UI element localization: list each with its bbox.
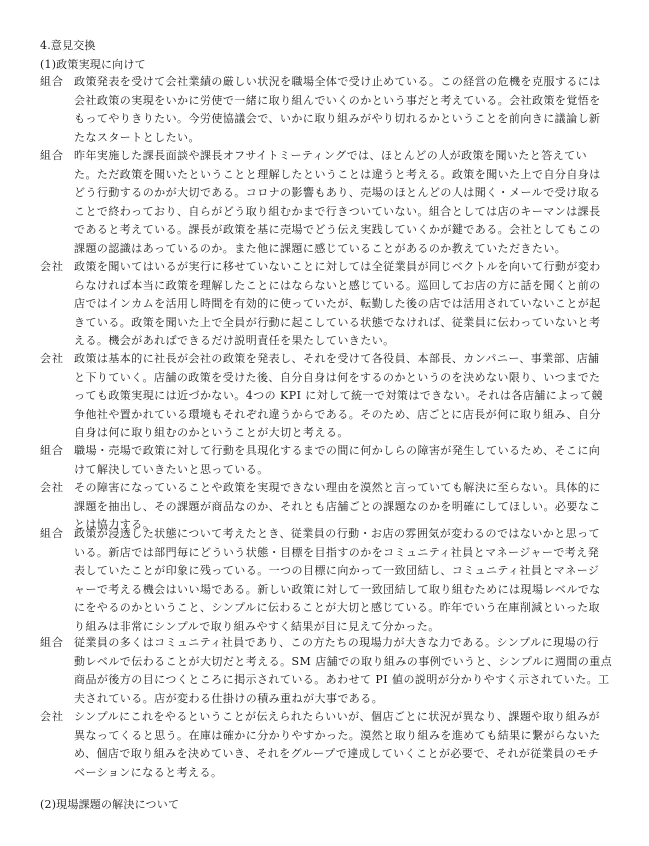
statement-text: 政策発表を受けて会社業績の厳しい状況を職場全体で受け止めている。この経営の危機を… — [74, 73, 614, 147]
speaker-label: 会社 — [40, 708, 74, 727]
statement-line: どう行動するのかが大切である。コロナの影響もあり、売場のほとんどの人は聞く・メー… — [74, 184, 614, 203]
statement-line: 政策は基本的に社長が会社の政策を発表し、それを受けて各役員、本部長、カンパニー、… — [74, 350, 614, 369]
statement-line: 政策が浸透した状態について考えたとき、従業員の行動・お店の雰囲気が変わるのではな… — [74, 525, 614, 544]
document-page: 4.意見交換 (1)政策実現に向けて 組合 政策発表を受けて会社業績の厳しい状況… — [0, 0, 649, 846]
statement-line: シンプルにこれをやるということが伝えられたらいいが、個店ごとに状況が異なり、課題… — [74, 708, 614, 727]
statement-line: 異なってくると思う。在庫は確かに分かりやすかった。漠然と取り組みを進めても結果に… — [74, 727, 614, 746]
statement-line: 会社政策の実現をいかに労使で一緒に取り組んでいくのかという事だと考えている。会社… — [74, 92, 614, 111]
statement-text: 政策が浸透した状態について考えたとき、従業員の行動・お店の雰囲気が変わるのではな… — [74, 525, 614, 636]
statement-line: と下りていく。店舗の政策を受けた後、自分自身は何をするのかというのを決めない限り… — [74, 369, 614, 388]
speaker-label: 組合 — [40, 442, 74, 461]
statement-line: 政策を聞いてはいるが実行に移せていないことに対しては全従業員が同じベクトルを向い… — [74, 258, 614, 277]
statement-line: 課題を抽出し、その課題が商品なのか、それとも店舗ごとの課題なのかを明確にしてほし… — [74, 498, 614, 517]
statement-line: 夫されている。店が変わる仕掛けの積み重ねが大事である。 — [74, 690, 614, 709]
statement-line: 動レベルで伝わることが大切だと考える。SM 店舗での取り組みの事例でいうと、シン… — [74, 653, 614, 672]
speaker-label: 組合 — [40, 634, 74, 653]
speaker-label: 組合 — [40, 73, 74, 92]
statement-line: 店ではインカムを活用し時間を有効的に使っていたが、転勤した後の店では活用されてい… — [74, 295, 614, 314]
statement-line: ベーションになると考える。 — [74, 764, 614, 783]
statement-line: その障害になっていることや政策を実現できない理由を漠然と言っていても解決に至らな… — [74, 479, 614, 498]
statement-line: える。機会があればできるだけ説明責任を果たしていきたい。 — [74, 332, 614, 351]
statement-line: 昨年実施した課長面談や課長オフサイトミーティングでは、ほとんどの人が政策を聞いた… — [74, 147, 614, 166]
statement-text: 職場・売場で政策に対して行動を具現化するまでの間に何かしらの障害が発生しているた… — [74, 442, 614, 479]
statement-line: 争他社や置かれている環境もそれぞれ違うからである。そのため、店ごとに店長が何に取… — [74, 406, 614, 425]
statement-line: め、個店で取り組みを決めていき、それをグループで達成していくことが必要で、それが… — [74, 745, 614, 764]
speaker-label: 会社 — [40, 479, 74, 498]
statement-line: ことで終わっており、自らがどう取り組むかまで行きついていない。組合としては店のキ… — [74, 203, 614, 222]
statement-text: 政策を聞いてはいるが実行に移せていないことに対しては全従業員が同じベクトルを向い… — [74, 258, 614, 351]
statement-line: た。ただ政策を聞いたということと理解したということは違うと考える。政策を聞いた上… — [74, 166, 614, 185]
statement-line: 政策発表を受けて会社業績の厳しい状況を職場全体で受け止めている。この経営の危機を… — [74, 73, 614, 92]
speaker-label: 組合 — [40, 147, 74, 166]
subsection-title-1: (1)政策実現に向けて — [40, 58, 146, 72]
statement-line: 従業員の多くはコミュニティ社員であり、この方たちの現場力が大きな力である。シンプ… — [74, 634, 614, 653]
statement-line: 商品が後方の目につくところに掲示されている。あわせて PI 値の説明が分かりやす… — [74, 671, 614, 690]
statement-line: もってやりきりたい。今労使協議会で、いかに取り組みがやり切れるかということを前向… — [74, 110, 614, 129]
speaker-label: 組合 — [40, 525, 74, 544]
subsection-title-2: (2)現場課題の解決について — [40, 798, 179, 812]
statement-line: らなければ本当に政策を理解したことにはならないと感じている。巡回してお店の方に話… — [74, 277, 614, 296]
statement-line: 課題の認識はあっているのか。また他に課題に感じていることがあるのか教えていただき… — [74, 240, 614, 259]
statement-line: であると考えている。課長が政策を基に売場でどう伝え実践していくかが鍵である。会社… — [74, 221, 614, 240]
statement-line: 自身は何に取り組むのかということが大切と考える。 — [74, 424, 614, 443]
statement-line: たなスタートとしたい。 — [74, 129, 614, 148]
statement-text: 従業員の多くはコミュニティ社員であり、この方たちの現場力が大きな力である。シンプ… — [74, 634, 614, 708]
statement-text: 昨年実施した課長面談や課長オフサイトミーティングでは、ほとんどの人が政策を聞いた… — [74, 147, 614, 258]
statement-line: いる。新店では部門毎にどういう状態・目標を目指すのかをコミュニティ社員とマネージ… — [74, 544, 614, 563]
statement-text: シンプルにこれをやるということが伝えられたらいいが、個店ごとに状況が異なり、課題… — [74, 708, 614, 782]
speaker-label: 会社 — [40, 350, 74, 369]
statement-line: けて解決していきたいと思っている。 — [74, 461, 614, 480]
statement-line: っても政策実現には近づかない。4つの KPI に対して統一で対策はできない。それ… — [74, 387, 614, 406]
section-title: 4.意見交換 — [40, 39, 96, 53]
statement-line: ャーで考える機会はいい場である。新しい政策に対して一致団結して取り組むためには現… — [74, 581, 614, 600]
statement-line: にをやるのかということ、シンプルに伝わることが大切と感じている。昨年でいう在庫削… — [74, 599, 614, 618]
statement-line: 表していたことが印象に残っている。一つの目標に向かって一致団結し、コミュニティ社… — [74, 562, 614, 581]
speaker-label: 会社 — [40, 258, 74, 277]
statement-line: 職場・売場で政策に対して行動を具現化するまでの間に何かしらの障害が発生しているた… — [74, 442, 614, 461]
statement-text: 政策は基本的に社長が会社の政策を発表し、それを受けて各役員、本部長、カンパニー、… — [74, 350, 614, 443]
statement-line: きている。政策を聞いた上で全員が行動に起こしている状態でなければ、従業員に伝わっ… — [74, 314, 614, 333]
